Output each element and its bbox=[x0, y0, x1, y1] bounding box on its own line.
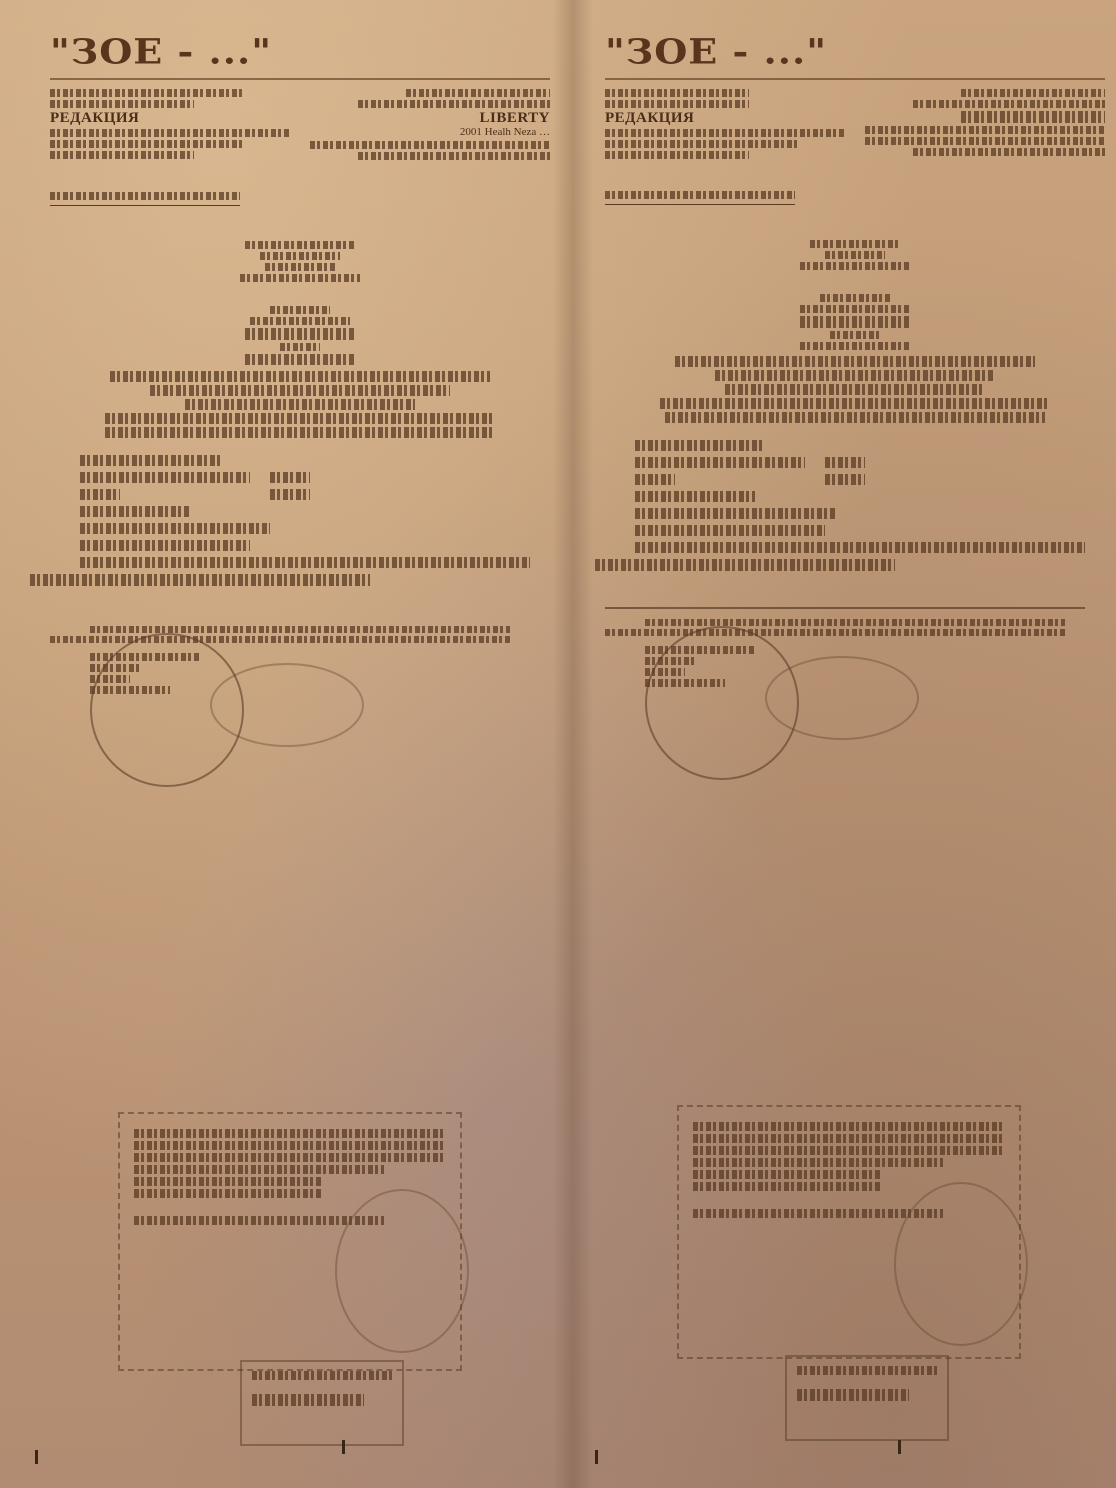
illegible-line bbox=[50, 151, 194, 159]
detail-row bbox=[635, 437, 1105, 454]
publication-details bbox=[50, 452, 550, 571]
credit-line bbox=[245, 241, 355, 249]
credit-line bbox=[270, 306, 330, 314]
paragraph-line bbox=[105, 413, 495, 424]
signature-block bbox=[50, 653, 550, 783]
publisher-address: РЕДАКЦИЯ bbox=[50, 86, 290, 163]
credit-line bbox=[250, 317, 350, 325]
italic-note bbox=[50, 626, 550, 643]
credit-line bbox=[240, 274, 360, 282]
masthead-title: "ЗОЕ - ..." bbox=[50, 32, 550, 72]
detail-row bbox=[80, 452, 550, 469]
illegible-line bbox=[50, 100, 194, 108]
description-paragraph bbox=[50, 371, 550, 438]
paragraph-line bbox=[185, 399, 415, 410]
header-block: РЕДАКЦИЯ bbox=[605, 86, 1105, 162]
detail-row bbox=[80, 503, 550, 520]
publication-details bbox=[605, 437, 1105, 556]
detail-row bbox=[635, 505, 1105, 522]
page-mark bbox=[898, 1440, 901, 1454]
detail-row bbox=[80, 554, 550, 571]
detail-row bbox=[635, 522, 1105, 539]
illegible-line bbox=[358, 100, 550, 108]
illegible-line bbox=[50, 140, 242, 148]
publisher-address: РЕДАКЦИЯ bbox=[605, 86, 845, 162]
detail-row bbox=[635, 454, 1105, 471]
credit-line bbox=[260, 252, 340, 260]
illegible-line bbox=[310, 141, 550, 149]
credits-block bbox=[50, 241, 550, 365]
paragraph-line bbox=[110, 371, 490, 382]
signature-scribble bbox=[210, 663, 364, 747]
printer-address bbox=[865, 86, 1105, 162]
detail-row bbox=[80, 520, 550, 537]
detail-row bbox=[635, 471, 1105, 488]
illegible-line bbox=[50, 129, 290, 137]
editorial-label: РЕДАКЦИЯ bbox=[605, 111, 845, 126]
printer-address: LIBERTY 2001 Healh Neza … bbox=[310, 86, 550, 163]
page-mark bbox=[35, 1450, 38, 1464]
illegible-line bbox=[50, 192, 240, 200]
underlined-note bbox=[605, 188, 795, 205]
underlined-note bbox=[50, 189, 240, 206]
footer-line bbox=[595, 559, 895, 571]
detail-row bbox=[80, 537, 550, 554]
credit-line bbox=[280, 343, 320, 351]
book-label bbox=[785, 1355, 949, 1441]
book-label bbox=[240, 1360, 404, 1446]
header-block: РЕДАКЦИЯ LIBERTY 2001 Healh Neza … bbox=[50, 86, 550, 163]
signature-scribble bbox=[765, 656, 919, 740]
paragraph-line bbox=[150, 385, 450, 396]
credits-block bbox=[605, 240, 1105, 350]
right-page: "ЗОЕ - ..." РЕДАКЦИЯ bbox=[605, 30, 1105, 1470]
description-paragraph bbox=[605, 356, 1105, 423]
credit-line bbox=[245, 354, 355, 365]
page-mark bbox=[342, 1440, 345, 1454]
signature-block bbox=[605, 646, 1105, 776]
left-page: "ЗОЕ - ..." РЕДАКЦИЯ LIBERTY 2001 Healh … bbox=[50, 30, 550, 1470]
credit-line bbox=[245, 328, 355, 340]
detail-row bbox=[635, 488, 1105, 505]
printer-address-line: 2001 Healh Neza … bbox=[310, 126, 550, 138]
detail-row bbox=[80, 469, 550, 486]
dashed-info-box bbox=[677, 1105, 1021, 1359]
page-mark bbox=[595, 1450, 598, 1464]
round-stamp bbox=[335, 1189, 469, 1353]
italic-note bbox=[605, 619, 1105, 636]
editorial-label: РЕДАКЦИЯ bbox=[50, 111, 290, 126]
illegible-line bbox=[358, 152, 550, 160]
detail-row bbox=[80, 486, 550, 503]
detail-row bbox=[635, 539, 1105, 556]
section-rule bbox=[605, 607, 1085, 609]
masthead-rule bbox=[50, 78, 550, 80]
round-stamp bbox=[894, 1182, 1028, 1346]
dashed-info-box bbox=[118, 1112, 462, 1371]
illegible-line bbox=[50, 89, 242, 97]
book-gutter bbox=[553, 0, 593, 1488]
masthead-title: "ЗОЕ - ..." bbox=[605, 32, 1105, 72]
paragraph-line bbox=[105, 427, 495, 438]
printer-name: LIBERTY bbox=[310, 111, 550, 126]
credit-line bbox=[265, 263, 335, 271]
masthead-rule bbox=[605, 78, 1105, 80]
illegible-line bbox=[406, 89, 550, 97]
footer-line bbox=[30, 574, 370, 586]
